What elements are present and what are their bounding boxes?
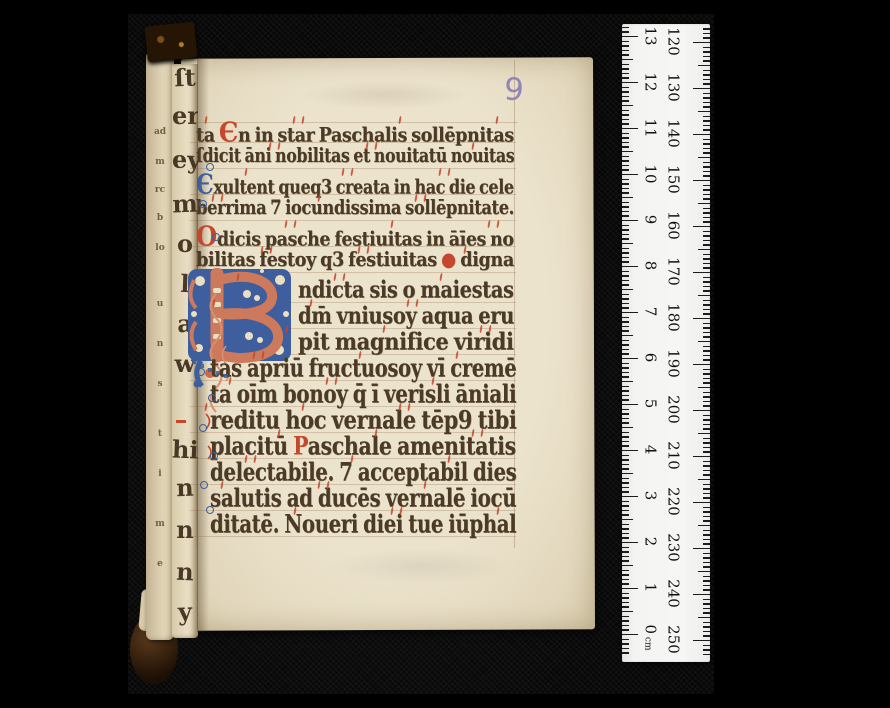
ruler-tick-left (622, 137, 629, 138)
ruler-tick-right (693, 502, 710, 503)
penwork-blue-dot (203, 342, 211, 350)
ruler-tick-right (703, 553, 710, 554)
ruler-tick-left (622, 524, 629, 525)
ruler-tick-left (622, 606, 629, 607)
ruler-mm-label: 200 (666, 395, 681, 425)
ruler-tick-left (622, 96, 629, 97)
ruler-tick-left (622, 409, 629, 410)
gutter-small-mark: i (148, 470, 172, 479)
ruler-tick-right (703, 557, 710, 558)
ruler-tick-left (622, 570, 629, 571)
ruler-tick-right (703, 129, 710, 130)
text-segment: berrima 7 iocundissima sollēpnitate. (196, 197, 514, 220)
ruler-tick-right (703, 442, 710, 443)
ruler-tick-left (622, 317, 629, 318)
text-segment: reditu hoc vernale tēp9 tibi (210, 406, 516, 435)
ruler-tick-right (703, 539, 710, 540)
ruler-tick-right (693, 88, 710, 89)
ruler-tick-right (703, 194, 710, 195)
ruler-tick-right (703, 626, 710, 627)
ruler-tick-left (622, 294, 629, 295)
ruler-tick-left (622, 537, 629, 538)
ruler-mm-label: 250 (666, 625, 681, 655)
ruler-tick-right (703, 323, 710, 324)
penwork-blue-dot (208, 394, 216, 402)
text-segment: tas apriū fructuosoy vī cremē (210, 354, 516, 383)
ruler-tick-right (703, 300, 710, 301)
ruler-tick-right (703, 185, 710, 186)
ruler-tick-left (622, 243, 633, 244)
ruler-tick-right (693, 272, 710, 273)
ruler-tick-left (622, 413, 629, 414)
text-segment: ta (196, 124, 219, 147)
manuscript-line: pit magnifice viridi (298, 330, 514, 354)
ruler-tick-right (703, 543, 710, 544)
ruler-tick-right (703, 93, 710, 94)
gutter-letter: o (172, 232, 198, 256)
ruler-tick-left (622, 551, 629, 552)
ruler-tick-right (703, 382, 710, 383)
gutter-letter: n (172, 518, 198, 542)
ruler-tick-right (703, 148, 710, 149)
ruler-tick-left (622, 73, 629, 74)
ruler-tick-right (703, 56, 710, 57)
ruler-tick-right (698, 111, 710, 112)
ruler-tick-right (703, 125, 710, 126)
ruler-cm-label: 3 (643, 487, 658, 505)
ruler-tick-right (703, 83, 710, 84)
ruler-tick-right (703, 336, 710, 337)
ruler-tick-left (622, 321, 629, 322)
ruler-tick-right (703, 212, 710, 213)
ruler-tick-left (622, 639, 629, 640)
ruler-tick-right (703, 520, 710, 521)
text-segment: ● (441, 249, 456, 272)
manuscript-line: berrima 7 iocundissima sollēpnitate. (196, 199, 514, 218)
ruler-tick-right (703, 451, 710, 452)
ruler-mm-label: 180 (666, 303, 681, 333)
gutter-small-mark: e (148, 560, 172, 569)
ruler-tick-left (622, 261, 629, 262)
ruler-tick-left (622, 620, 629, 621)
ruler-tick-right (703, 258, 710, 259)
ruler-tick-right (703, 488, 710, 489)
ruler-tick-right (703, 33, 710, 34)
text-segment: bilitas festoy q3 festiuitas (196, 249, 441, 272)
ruler-tick-right (703, 461, 710, 462)
ruler-tick-right (703, 120, 710, 121)
ruler-tick-right (703, 516, 710, 517)
manuscript-line: ta oīm bonoy q̄ ī verisli āniali (210, 382, 516, 407)
ruler-tick-right (703, 424, 710, 425)
ruler-tick-left (622, 358, 638, 359)
ruler-tick-left (622, 27, 629, 28)
gutter-letter: n (172, 560, 198, 585)
penwork-blue-dot (212, 233, 220, 241)
ruler-tick-right (703, 585, 710, 586)
ruler-tick-left (622, 197, 633, 198)
penwork-blue-square (216, 371, 220, 375)
ruler-tick-right (703, 392, 710, 393)
ruler-mm-label: 160 (666, 211, 681, 241)
ruler-tick-left (622, 215, 629, 216)
penwork-blue-square (200, 364, 204, 368)
ruler-mm-label: 120 (666, 27, 681, 57)
ruler-tick-right (703, 267, 710, 268)
ruler-tick-right (703, 576, 710, 577)
ruler-tick-right (703, 396, 710, 397)
ruler-tick-left (622, 335, 633, 336)
ruler-tick-left (622, 427, 633, 428)
ruler-tick-left (622, 593, 629, 594)
ruler-cm-label: 13 (643, 27, 658, 45)
ruler-tick-left (622, 611, 633, 612)
ruler-tick-left (622, 238, 629, 239)
ruler-tick-right (703, 198, 710, 199)
ruler-tick-right (698, 65, 710, 66)
ruler-tick-right (703, 102, 710, 103)
gutter-small-mark: s (148, 380, 172, 389)
ruler-tick-left (622, 82, 638, 83)
ruler-tick-right (703, 79, 710, 80)
ruler-tick-left (622, 114, 629, 115)
ruler-tick-right (703, 511, 710, 512)
ruler-tick-right (703, 240, 710, 241)
ruler-tick-right (693, 410, 710, 411)
manuscript-photo: admrcblounstime ſtereymolawhinnny 9 (0, 0, 890, 708)
ruler-tick-left (622, 36, 638, 37)
manuscript-line: tas apriū fructuosoy vī cremē (210, 356, 516, 381)
ruler-tick-right (703, 263, 710, 264)
ruler-tick-left (622, 648, 629, 649)
ruler-tick-left (622, 533, 629, 534)
ruler-tick-right (693, 364, 710, 365)
ruler-tick-left (622, 156, 629, 157)
ruler-tick-right (703, 562, 710, 563)
ruler-tick-left (622, 128, 638, 129)
ruler-tick-right (698, 341, 710, 342)
gutter-letter: n (172, 476, 198, 501)
gutter-small-mark: t (148, 430, 172, 439)
ruler-tick-right (703, 350, 710, 351)
ruler-tick-right (703, 175, 710, 176)
text-segment: ndicta sis o maiestas (298, 276, 514, 304)
ruler-tick-left (622, 326, 629, 327)
ruler-tick-left (622, 478, 629, 479)
ruler-tick-left (622, 280, 629, 281)
measuring-ruler: 131211109876543210 cm1201301401501601701… (622, 24, 710, 662)
ruler-tick-right (703, 189, 710, 190)
ruler-cm-label: 2 (643, 533, 658, 551)
ruler-tick-left (622, 547, 629, 548)
ruler-tick-left (622, 206, 629, 207)
ruler-tick-right (703, 51, 710, 52)
ruler-cm-label: 5 (643, 395, 658, 413)
ruler-tick-left (622, 556, 629, 557)
ruler-tick-right (698, 157, 710, 158)
ruler-tick-left (622, 100, 629, 101)
ruler-tick-right (703, 290, 710, 291)
ruler-tick-left (622, 123, 629, 124)
ruler-tick-right (703, 332, 710, 333)
ruler-tick-left (622, 330, 629, 331)
ruler-tick-right (703, 277, 710, 278)
ruler-tick-right (703, 162, 710, 163)
manuscript-line: salutis ad ducēs vernalē iocū (210, 486, 516, 511)
ruler-tick-right (703, 589, 710, 590)
ruler-mm-label: 210 (666, 441, 681, 471)
ruler-tick-left (622, 455, 629, 456)
ruler-tick-right (703, 60, 710, 61)
penwork-blue-dot (206, 506, 214, 514)
ruler-tick-right (703, 116, 710, 117)
ruler-tick-left (622, 169, 629, 170)
binding-wood-top (144, 21, 197, 62)
ruler-tick-right (703, 37, 710, 38)
ruler-tick-right (703, 304, 710, 305)
manuscript-line: ta Єn in star Paschalis sollēpnitas (196, 121, 514, 146)
ruler-tick-right (703, 401, 710, 402)
ruler-tick-left (622, 574, 629, 575)
gutter-small-mark: m (148, 520, 172, 529)
ruler-tick-left (622, 482, 629, 483)
ruler-tick-right (703, 415, 710, 416)
ruler-cm-label: 0 cm (643, 625, 658, 643)
manuscript-line: bilitas festoy q3 festiuitas ● digna (196, 251, 514, 270)
ruler-tick-right (703, 465, 710, 466)
ruler-tick-right (703, 612, 710, 613)
ruler-tick-right (703, 244, 710, 245)
ruler-tick-left (622, 174, 638, 175)
ruler-tick-left (622, 45, 629, 46)
gutter-red-mark (176, 420, 186, 423)
penwork-blue-dot (197, 368, 205, 376)
manuscript-line: ndicta sis o maiestas (298, 278, 514, 302)
ruler-tick-right (698, 617, 710, 618)
ruler-tick-right (703, 622, 710, 623)
ruler-cm-label: 6 (643, 349, 658, 367)
ruler-tick-left (622, 179, 629, 180)
ruler-mm-label: 220 (666, 487, 681, 517)
ruler-cm-label: 4 (643, 441, 658, 459)
penwork-blue-dot (200, 481, 208, 489)
ruler-tick-left (622, 225, 629, 226)
ruler-tick-right (703, 313, 710, 314)
ruler-tick-left (622, 271, 629, 272)
ruler-tick-right (698, 249, 710, 250)
ruler-tick-left (622, 91, 629, 92)
ruler-tick-left (622, 105, 633, 106)
ruler-tick-right (703, 497, 710, 498)
ruler-tick-right (703, 603, 710, 604)
ruler-tick-right (703, 654, 710, 655)
gutter-small-mark: ad (148, 128, 172, 137)
ruling-line (190, 220, 516, 221)
ruler-tick-left (622, 151, 633, 152)
gutter-letter: ſt (172, 66, 198, 91)
ruler-tick-right (693, 318, 710, 319)
ruler-tick-right (703, 286, 710, 287)
ruler-tick-left (622, 142, 629, 143)
ruler-tick-right (703, 428, 710, 429)
ruler-tick-left (622, 528, 629, 529)
ruler-tick-right (703, 631, 710, 632)
ruler-tick-left (622, 602, 629, 603)
ruler-mm-label: 240 (666, 579, 681, 609)
ruler-tick-left (622, 59, 633, 60)
gutter-small-mark: n (148, 340, 172, 349)
ruler-tick-right (703, 346, 710, 347)
ruler-tick-left (622, 422, 629, 423)
ruler-tick-right (703, 28, 710, 29)
ruler-mm-label: 150 (666, 165, 681, 195)
ruler-tick-right (703, 281, 710, 282)
ruler-tick-left (622, 487, 629, 488)
ruler-tick-left (622, 597, 629, 598)
penwork-blue-square (208, 368, 212, 372)
ruler-tick-left (622, 367, 629, 368)
gutter-small-mark: b (148, 214, 172, 223)
ruler-tick-right (703, 309, 710, 310)
ruler-tick-right (703, 599, 710, 600)
ruler-tick-right (703, 97, 710, 98)
ruler-tick-left (622, 381, 633, 382)
ruler-tick-right (703, 171, 710, 172)
ruler-tick-left (622, 399, 629, 400)
ruler-tick-left (622, 188, 629, 189)
ruler-tick-left (622, 579, 629, 580)
ruler-tick-right (693, 594, 710, 595)
ruler-mm-label: 190 (666, 349, 681, 379)
ruler-tick-left (622, 41, 629, 42)
text-segment: salutis ad ducēs vernalē iocū (210, 484, 516, 513)
ruler-cm-label: 1 (643, 579, 658, 597)
gutter-letter: er (172, 104, 198, 128)
ruler-tick-right (703, 635, 710, 636)
ruler-tick-left (622, 340, 629, 341)
ruler-cm-label: 12 (643, 73, 658, 91)
gutter-small-mark: lo (148, 244, 172, 253)
ruler-tick-right (698, 295, 710, 296)
ruler-tick-right (698, 387, 710, 388)
gutter-letter: m (172, 192, 198, 217)
text-segment: xultent queq3 creata in hac die cele (213, 176, 513, 199)
ruler-tick-right (703, 405, 710, 406)
ruler-tick-right (693, 134, 710, 135)
ruler-tick-left (622, 652, 629, 653)
text-segment: ta oīm bonoy q̄ ī verisli āniali (210, 380, 516, 409)
ruler-tick-left (622, 496, 638, 497)
ruler-tick-right (703, 493, 710, 494)
ruler-tick-left (622, 542, 638, 543)
ruler-tick-left (622, 344, 629, 345)
ruler-tick-right (703, 470, 710, 471)
gutter-small-mark: m (148, 158, 172, 167)
ruler-tick-left (622, 146, 629, 147)
ruler-tick-right (703, 208, 710, 209)
ruler-tick-left (622, 202, 629, 203)
manuscript-line: ditatē. Noueri diei tue iūphal (210, 512, 516, 537)
ruler-cm-label: 11 (643, 119, 658, 137)
ruler-tick-right (698, 203, 710, 204)
ruler-cm-unit: cm (643, 634, 653, 650)
ruler-tick-left (622, 634, 638, 635)
ruler-tick-left (622, 257, 629, 258)
penwork-blue-dot (199, 424, 207, 432)
ruler-tick-left (622, 192, 629, 193)
ruler-tick-left (622, 183, 629, 184)
ruler-tick-left (622, 386, 629, 387)
ruler-tick-left (622, 87, 629, 88)
ruler-tick-right (703, 484, 710, 485)
ruler-tick-left (622, 165, 629, 166)
ruler-mm-label: 130 (666, 73, 681, 103)
text-segment: delectabile. 7 acceptabil dies (210, 458, 516, 487)
ruler-tick-left (622, 376, 629, 377)
ruler-tick-right (693, 42, 710, 43)
ruler-tick-left (622, 119, 629, 120)
penwork-blue-dot (210, 452, 218, 460)
ruler-tick-right (703, 373, 710, 374)
gutter-small-mark: rc (148, 186, 172, 195)
ruler-tick-left (622, 418, 629, 419)
ruler-tick-left (622, 248, 629, 249)
ruler-tick-left (622, 510, 629, 511)
gutter-letter: y (172, 600, 198, 625)
text-segment: aschale amenitatis (308, 432, 516, 461)
ruler-mm-label: 170 (666, 257, 681, 287)
ruler-tick-left (622, 303, 629, 304)
ruler-tick-left (622, 229, 629, 230)
ruler-tick-left (622, 110, 629, 111)
ruler-tick-left (622, 629, 629, 630)
ruler-tick-left (622, 491, 629, 492)
ruler-tick-left (622, 372, 629, 373)
text-segment: Є (219, 116, 238, 148)
ruler-tick-left (622, 64, 629, 65)
ruler-tick-left (622, 501, 629, 502)
ruler-tick-right (703, 378, 710, 379)
ruler-tick-right (703, 327, 710, 328)
text-segment: Paschalis sollēpnitas (319, 124, 514, 147)
ruler-tick-left (622, 307, 629, 308)
ruler-tick-right (703, 649, 710, 650)
ruler-tick-left (622, 643, 629, 644)
ruler-tick-right (703, 530, 710, 531)
ruler-tick-left (622, 252, 629, 253)
manuscript-line: Єxultent queq3 creata in hac die cele (196, 173, 514, 198)
penwork-blue-square (192, 360, 196, 364)
ruler-tick-left (622, 625, 629, 626)
ruler-tick-left (622, 77, 629, 78)
ruler-tick-right (703, 566, 710, 567)
ruler-tick-left (622, 54, 629, 55)
ruler-tick-left (622, 616, 629, 617)
ruler-tick-left (622, 349, 629, 350)
ruler-tick-left (622, 312, 638, 313)
ruler-tick-left (622, 160, 629, 161)
ruler-tick-left (622, 234, 629, 235)
ruler-tick-left (622, 473, 633, 474)
penwork-blue-dot (199, 200, 207, 208)
text-segment: ſdicit āni nobilitas et nouitatū nouitas (196, 145, 514, 168)
ruler-tick-right (703, 580, 710, 581)
ruler-tick-left (622, 211, 629, 212)
ruler-tick-left (622, 432, 629, 433)
ruler-tick-left (622, 390, 629, 391)
ruler-tick-right (693, 226, 710, 227)
ruler-tick-right (703, 70, 710, 71)
